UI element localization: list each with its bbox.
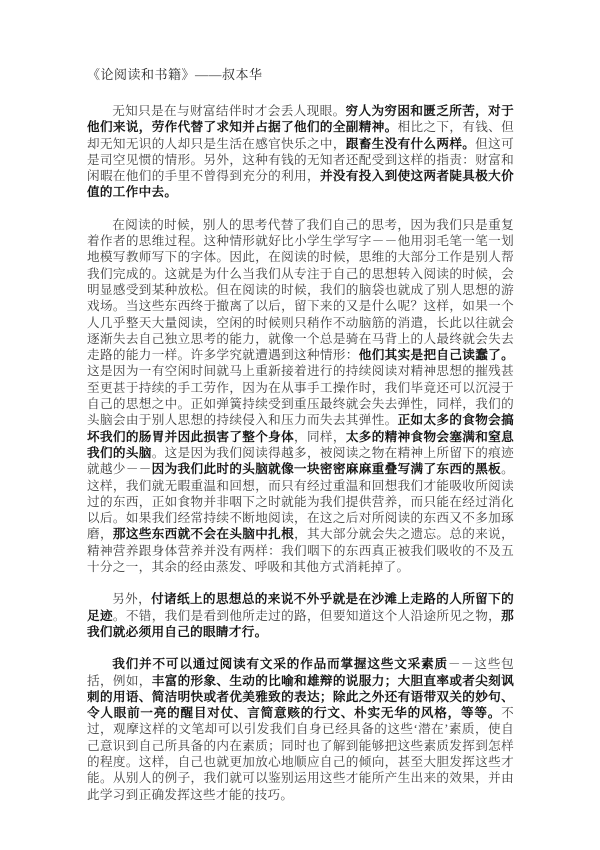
text-run: 。不错，我们是看到他所走过的路，但要知道这个人沿途所见之物， [113,609,501,623]
text-run: 无知只是在与财富结伴时才会丢人现眼。 [112,104,345,118]
text-run: 不过，观摩这样的文笔却可以引发我们自身已经具备的这些‘潜在’素质，使自己意识到自… [87,706,514,801]
text-run-bold: 我们并不可以通过阅读有文采的作品而掌握这些文采素质 [112,657,448,671]
text-run: 在阅读的时候，别人的思考代替了我们自己的思考，因为我们只是重复着作者的思维过程。… [87,218,514,362]
text-run: ，同样， [294,430,346,444]
text-run-bold: 那这些东西就不会在头脑中扎根 [113,527,294,541]
document-content: 《论阅读和书籍》——叔本华 无知只是在与财富结伴时才会丢人现眼。穷人为穷困和匮乏… [87,66,514,803]
text-run-bold: 丰富的形象、生动的比喻和雄辩的说服力；大胆直率或者尖刻讽刺的用语、简洁明快或者优… [87,674,514,721]
paragraph: 在阅读的时候，别人的思考代替了我们自己的思考，因为我们只是重复着作者的思维过程。… [87,217,514,576]
text-run: 另外， [112,592,151,606]
text-run-bold: 他们其实是把自己读蠢了。 [359,348,514,362]
document-title: 《论阅读和书籍》——叔本华 [87,66,514,84]
paragraph: 另外，付诸纸上的思想总的来说不外乎就是在沙滩上走路的人所留下的足迹。不错，我们是… [87,591,514,640]
paragraph: 无知只是在与财富结伴时才会丢人现眼。穷人为穷困和匮乏所苦，对于他们来说，劳作代替… [87,103,514,201]
paragraphs: 无知只是在与财富结伴时才会丢人现眼。穷人为穷困和匮乏所苦，对于他们来说，劳作代替… [87,103,514,803]
document-page: 《论阅读和书籍》——叔本华 无知只是在与财富结伴时才会丢人现眼。穷人为穷困和匮乏… [0,0,600,850]
paragraph: 我们并不可以通过阅读有文采的作品而掌握这些文采素质－－这些包括，例如，丰富的形象… [87,656,514,803]
text-run-bold: 因为我们此时的头脑就像一块密密麻麻重叠写满了东西的黑板 [152,462,501,476]
text-run-bold: 跟畜生没有什么两样。 [346,137,475,151]
